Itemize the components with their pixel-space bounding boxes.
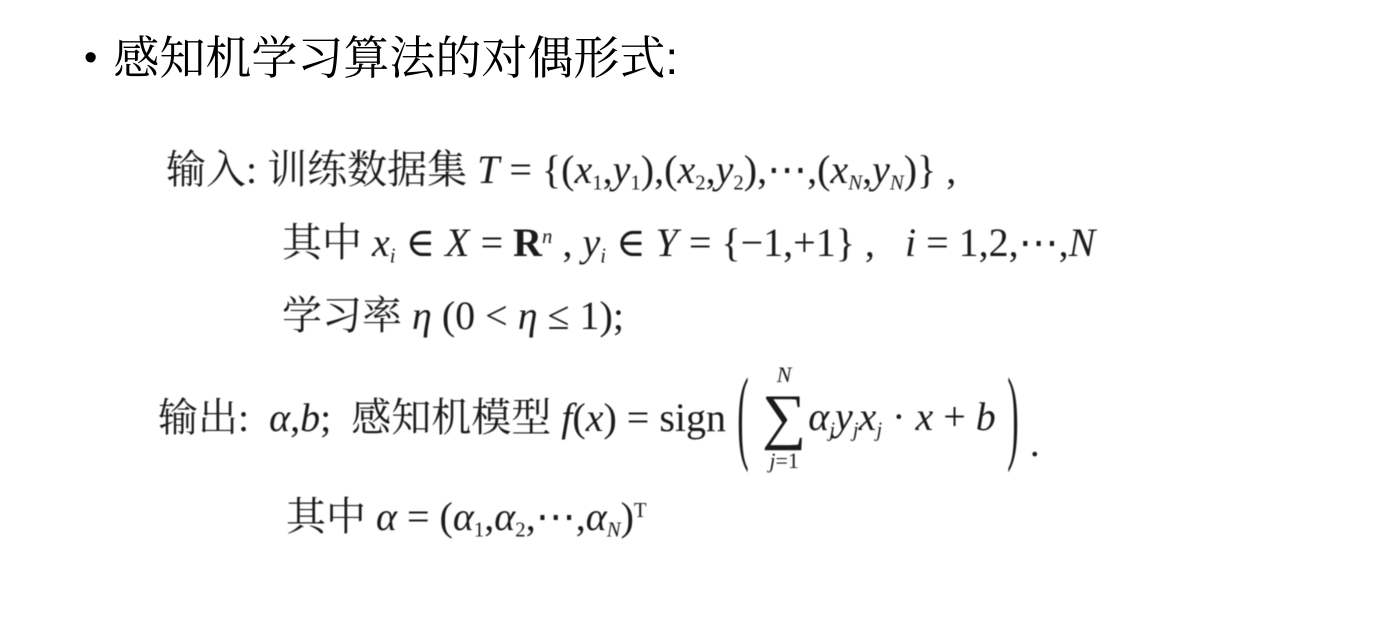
slide: • 感知机学习算法的对偶形式: 输入: 训练数据集 T = {(x1,y1),(… bbox=[0, 0, 1399, 630]
output-prefix: 输出: α,b; 感知机模型 f(x) = sign bbox=[158, 394, 726, 442]
sigma-icon: ∑ bbox=[762, 389, 806, 446]
summation: N ∑ j=1 bbox=[762, 364, 806, 471]
open-paren: ( bbox=[737, 355, 748, 481]
formula-line-input: 输入: 训练数据集 T = {(x1,y1),(x2,y2),⋯,(xN,yN)… bbox=[166, 146, 956, 197]
formula-line-alpha-vector: 其中 α = (α1,α2,⋯,αN)T bbox=[286, 493, 647, 544]
formula-line-learning-rate: 学习率 η (0 < η ≤ 1); bbox=[282, 292, 624, 340]
summation-lower-limit: j=1 bbox=[769, 450, 799, 472]
formula-line-output: 输出: α,b; 感知机模型 f(x) = sign ( N ∑ j=1 αjy… bbox=[158, 353, 1040, 483]
sentence-period: . bbox=[1030, 419, 1040, 467]
formula-block: 输入: 训练数据集 T = {(x1,y1),(x2,y2),⋯,(xN,yN)… bbox=[0, 0, 1399, 630]
formula-line-domain: 其中 xi ∈ X = Rn , yi ∈ Y = {−1,+1} , i = … bbox=[282, 219, 1095, 270]
close-paren: ) bbox=[1007, 355, 1018, 481]
summand-expression: αjyjxj · x + b bbox=[808, 393, 996, 444]
